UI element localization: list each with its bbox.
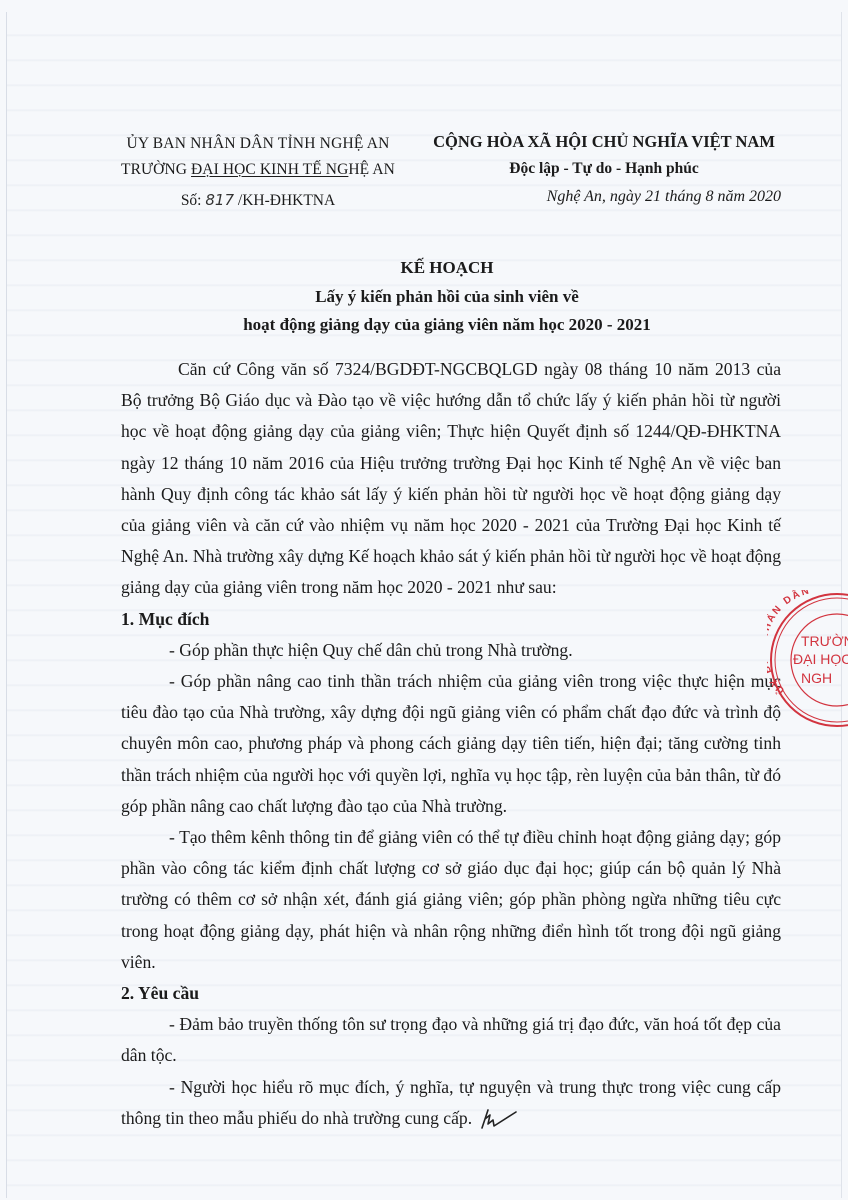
title-line-1: Lấy ý kiến phản hồi của sinh viên về — [107, 283, 787, 311]
section-heading-requirements: 2. Yêu cầu — [121, 978, 781, 1009]
document-type: KẾ HOẠCH — [107, 253, 787, 283]
document-page: ỦY BAN NHÂN DÂN TỈNH NGHỆ AN TRƯỜNG ĐẠI … — [6, 12, 842, 1198]
intro-paragraph: Căn cứ Công văn số 7324/BGDĐT-NGCBQLGD n… — [121, 354, 781, 604]
document-title: KẾ HOẠCH Lấy ý kiến phản hồi của sinh vi… — [107, 253, 787, 339]
requirement-item: - Đảm bảo truyền thống tôn sư trọng đạo … — [121, 1009, 781, 1071]
official-stamp: ỦY BAN NHÂN DÂN TRƯỜNG ĐẠI HỌC NGH — [767, 590, 848, 730]
national-header: CỘNG HÒA XÃ HỘI CHỦ NGHĨA VIỆT NAM Độc l… — [419, 129, 789, 211]
section-heading-purpose: 1. Mục đích — [121, 604, 781, 635]
stamp-line-1: TRƯỜNG — [801, 633, 848, 649]
title-line-2: hoạt động giảng dạy của giảng viên năm h… — [107, 311, 787, 339]
purpose-item: - Góp phần thực hiện Quy chế dân chủ tro… — [121, 635, 781, 666]
national-motto: Độc lập - Tự do - Hạnh phúc — [419, 155, 789, 183]
issuer-header: ỦY BAN NHÂN DÂN TỈNH NGHỆ AN TRƯỜNG ĐẠI … — [103, 131, 413, 214]
school-name: TRƯỜNG ĐẠI HỌC KINH TẾ NGHỆ AN — [103, 157, 413, 183]
requirement-item: - Người học hiểu rõ mục đích, ý nghĩa, t… — [121, 1072, 781, 1134]
document-body: Căn cứ Công văn số 7324/BGDĐT-NGCBQLGD n… — [121, 354, 781, 1134]
purpose-item: - Tạo thêm kênh thông tin để giảng viên … — [121, 822, 781, 978]
school-name-underlined: ĐẠI HỌC KINH TẾ NG — [191, 161, 348, 178]
signature-icon — [476, 1106, 524, 1132]
handwritten-number: 817 — [205, 191, 234, 209]
stamp-line-3: NGH — [801, 670, 832, 686]
stamp-line-2: ĐẠI HỌC — [793, 651, 848, 667]
document-number: Số: 817 /KH-ĐHKTNA — [103, 187, 413, 214]
country-name: CỘNG HÒA XÃ HỘI CHỦ NGHĨA VIỆT NAM — [419, 129, 789, 155]
authority-name: ỦY BAN NHÂN DÂN TỈNH NGHỆ AN — [103, 131, 413, 157]
place-date: Nghệ An, ngày 21 tháng 8 năm 2020 — [419, 183, 789, 211]
purpose-item: - Góp phần nâng cao tinh thần trách nhiệ… — [121, 666, 781, 822]
